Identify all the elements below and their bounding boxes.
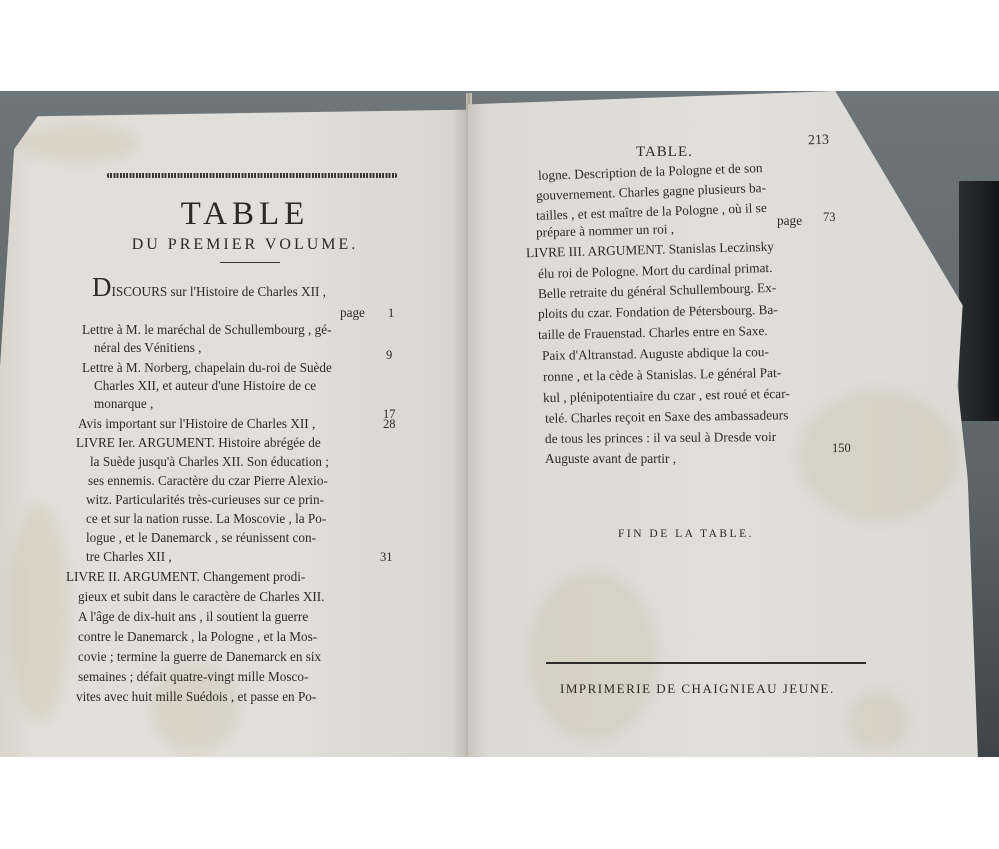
toc-line: telé. Charles reçoit en Saxe des ambassa… [545, 405, 789, 427]
toc-line: vites avec huit mille Suédois , et passe… [76, 688, 316, 706]
toc-line: ISCOURS sur l'Histoire de Charles XII , [112, 284, 326, 299]
toc-line: covie ; termine la guerre de Danemarck e… [78, 648, 321, 666]
toc-line: Paix d'Altranstad. Auguste abdique la co… [542, 342, 769, 365]
toc-line: A l'âge de dix-huit ans , il soutient la… [78, 608, 308, 626]
divider [546, 662, 866, 664]
toc-line: contre le Danemarck , la Pologne , et la… [78, 628, 317, 646]
toc-line: Avis important sur l'Histoire de Charles… [78, 415, 315, 433]
page-number: 150 [832, 441, 851, 456]
page-number: 1 [388, 306, 394, 321]
toc-line: semaines ; défait quatre-vingt mille Mos… [78, 668, 308, 686]
toc-line: gieux et subit dans le caractère de Char… [78, 588, 324, 606]
toc-line: Lettre à M. Norberg, chapelain du-roi de… [82, 359, 332, 377]
toc-line: LIVRE II. ARGUMENT. Changement prodi- [66, 568, 305, 586]
toc-line: Lettre à M. le maréchal de Schullembourg… [82, 321, 332, 339]
left-page: TABLE DU PREMIER VOLUME. DISCOURS sur l'… [0, 103, 470, 757]
toc-line: de tous les princes : il va seul à Dresd… [545, 427, 776, 448]
page-number: 31 [380, 550, 393, 565]
toc-line: monarque , [94, 395, 153, 413]
page-label: page [777, 211, 802, 230]
printer-imprint: IMPRIMERIE DE CHAIGNIEAU JEUNE. [560, 681, 835, 697]
toc-line: Auguste avant de partir , [545, 449, 676, 468]
page-number: 9 [386, 348, 392, 363]
toc-line: Charles XII, et auteur d'une Histoire de… [94, 377, 316, 395]
toc-entry-discours: DISCOURS sur l'Histoire de Charles XII , [92, 278, 326, 301]
toc-line: néral des Vénitiens , [94, 339, 201, 357]
toc-line: taille de Frauenstad. Charles entre en S… [538, 321, 768, 344]
dark-background [959, 181, 999, 421]
decorative-ornament-rule [107, 173, 397, 178]
page-label: page [340, 304, 365, 322]
end-of-table-note: FIN DE LA TABLE. [618, 528, 754, 540]
toc-line: ce et sur la nation russe. La Moscovie ,… [86, 510, 326, 528]
running-head: TABLE. [636, 144, 693, 161]
drop-cap: D [92, 272, 112, 302]
page-number: 28 [383, 417, 396, 432]
toc-line: tre Charles XII , [86, 548, 172, 566]
page-subtitle: DU PREMIER VOLUME. [110, 236, 380, 254]
toc-line: prépare à nommer un roi , [536, 219, 675, 242]
folio-page-number: 213 [808, 133, 830, 150]
toc-line: witz. Particularités très-curieuses sur … [86, 491, 324, 509]
toc-line: ses ennemis. Caractère du czar Pierre Al… [88, 472, 328, 490]
toc-line: logue , et le Danemarck , se réunissent … [86, 529, 316, 547]
divider [220, 262, 280, 263]
page-title: TABLE [110, 196, 380, 233]
book-photo: TABLE DU PREMIER VOLUME. DISCOURS sur l'… [0, 91, 999, 757]
toc-line: LIVRE Ier. ARGUMENT. Histoire abrégée de [76, 434, 321, 452]
toc-line: la Suède jusqu'à Charles XII. Son éducat… [90, 453, 329, 471]
page-number: 73 [823, 210, 836, 225]
